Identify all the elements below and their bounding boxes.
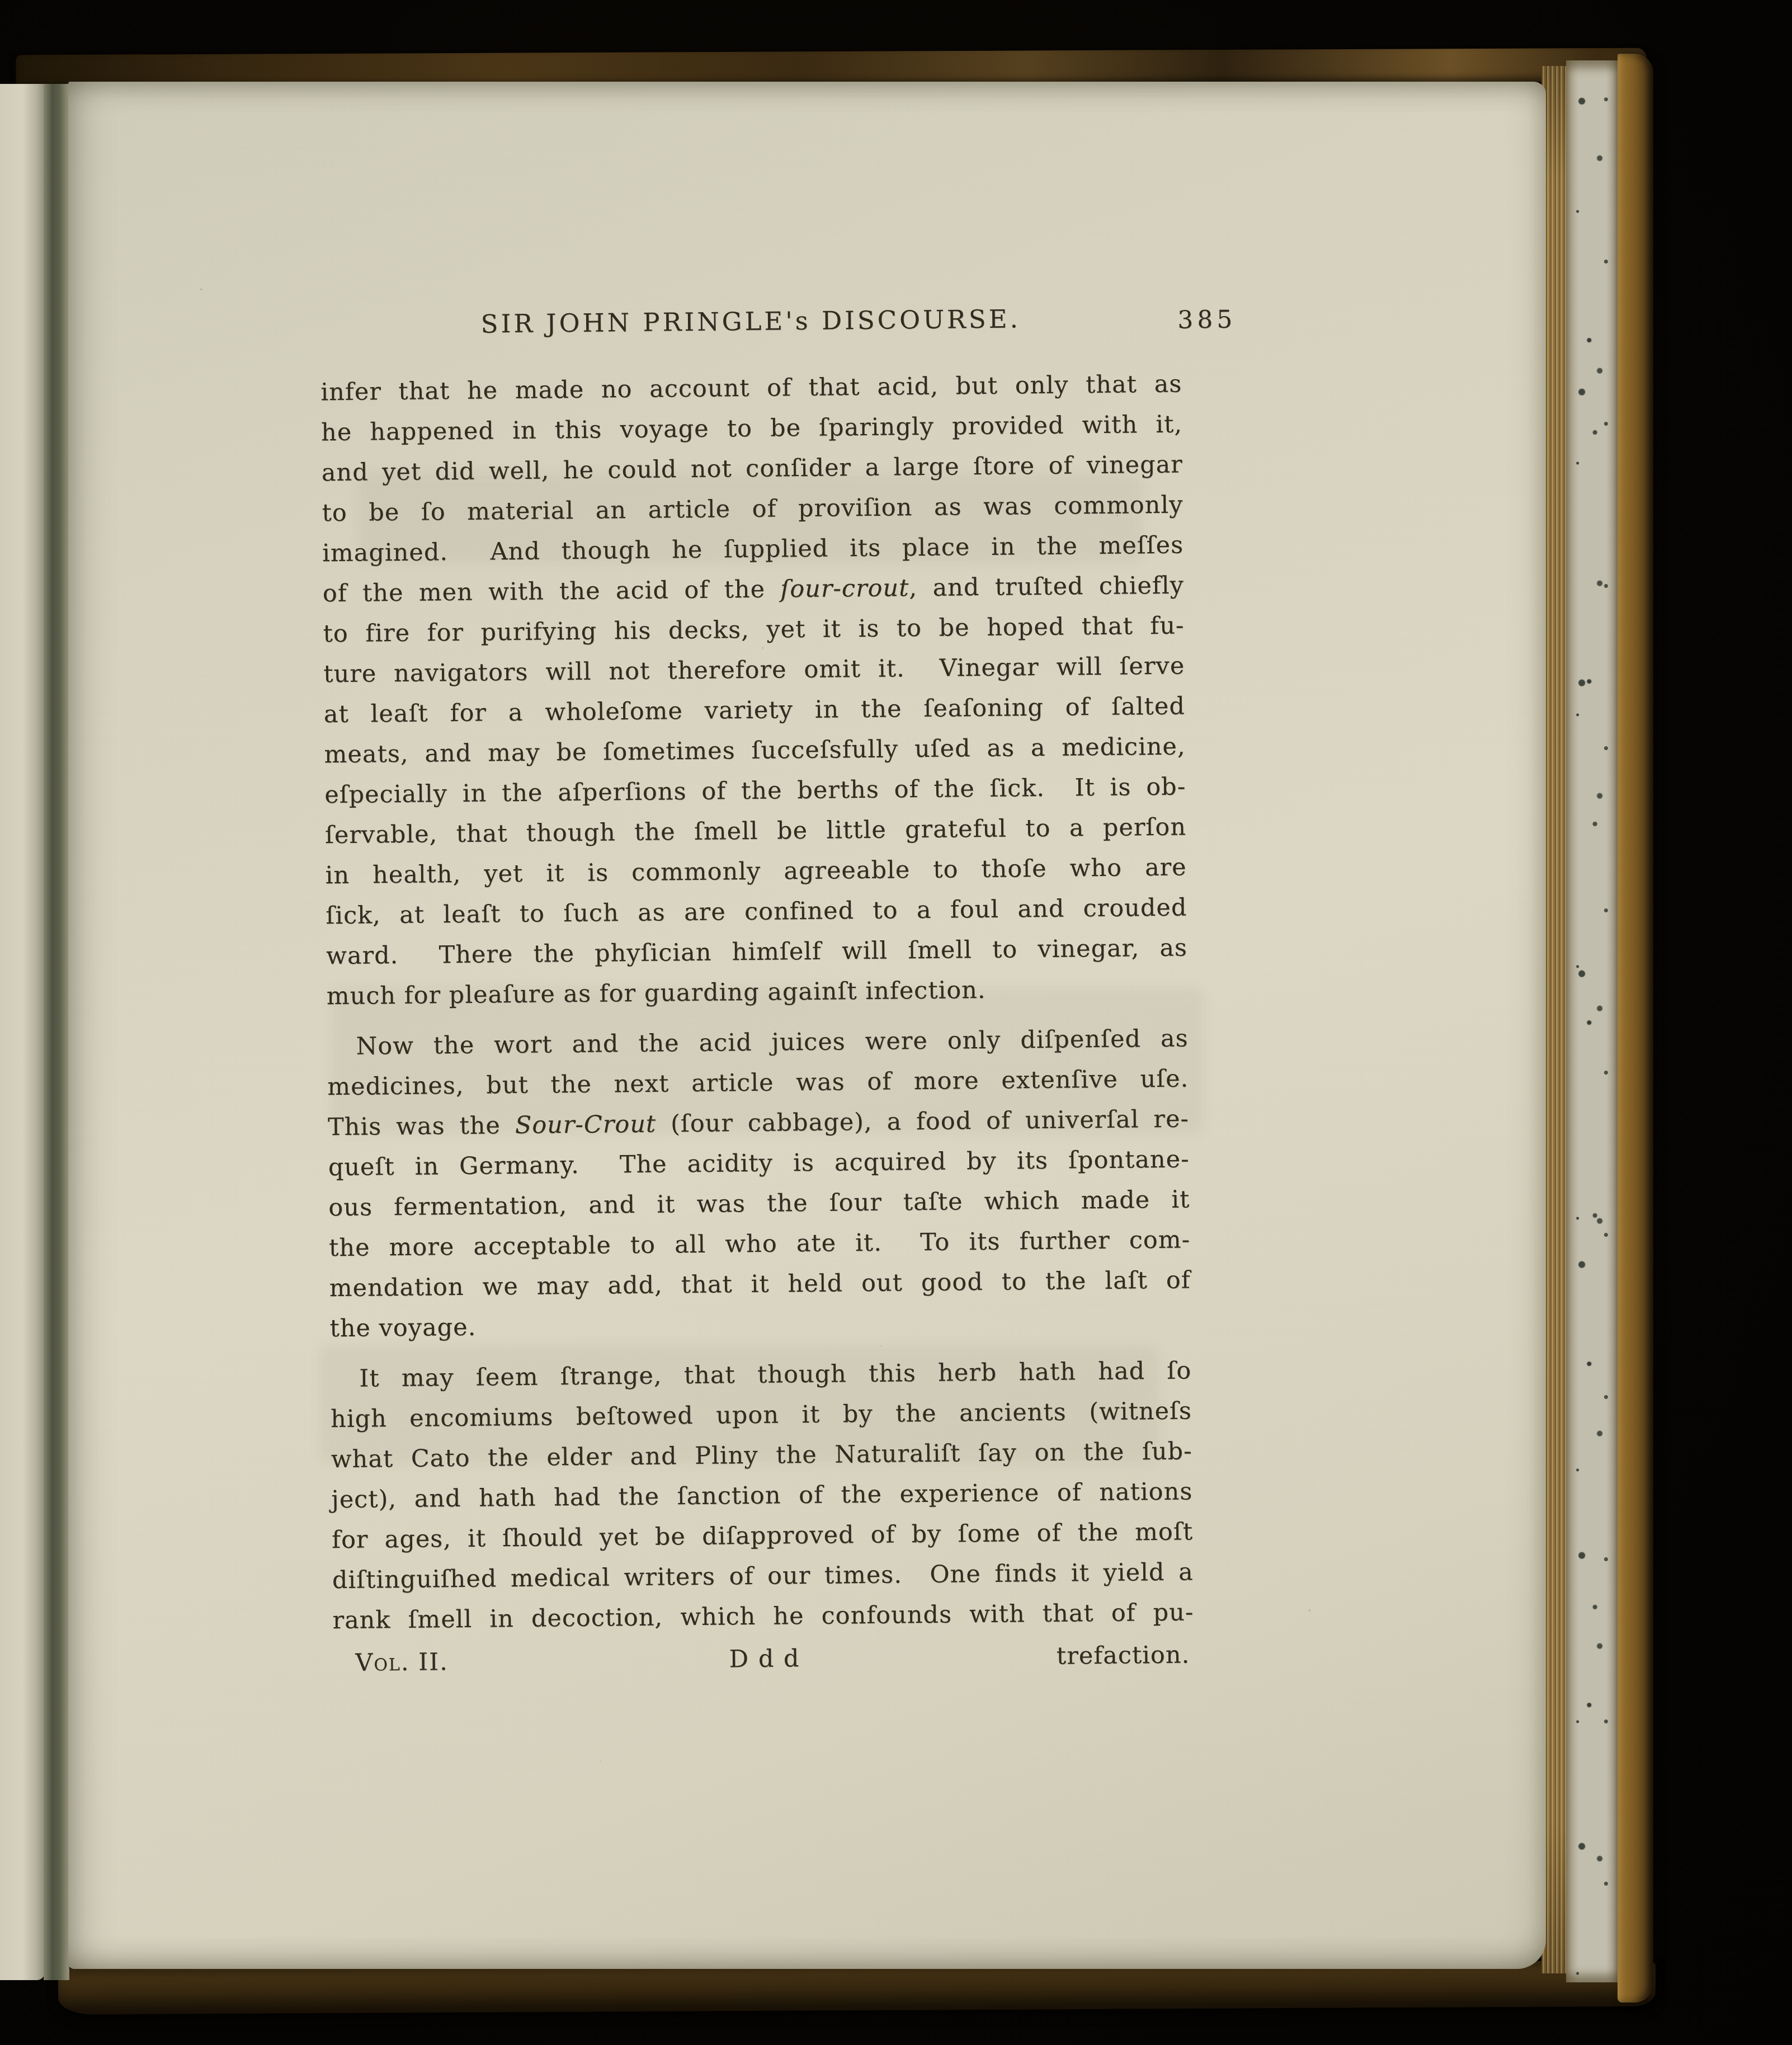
leather-cover-edge: [1617, 54, 1653, 2002]
paragraph: It may ſeem ſtrange, that though this he…: [330, 1351, 1194, 1641]
italic-term: Sour-Crout: [515, 1110, 657, 1139]
page-footer: Vol. II. D d d trefaction.: [333, 1634, 1195, 1683]
catchword: trefaction.: [1057, 1635, 1190, 1676]
book-page: SIR JOHN PRINGLE's DISCOURSE. 385 infer …: [68, 82, 1546, 1969]
text-line: rank ſmell in decoction, which he confou…: [332, 1592, 1194, 1641]
book-photo: SIR JOHN PRINGLE's DISCOURSE. 385 infer …: [0, 0, 1792, 2045]
signature-mark: D d d: [729, 1638, 800, 1679]
italic-term: ſour-crout: [780, 574, 909, 603]
text-line: mendation we may add, that it held out g…: [329, 1260, 1191, 1309]
running-header: SIR JOHN PRINGLE's DISCOURSE.: [320, 303, 1181, 341]
page-gutter-shadow: [44, 84, 69, 1980]
volume-label: Vol. II.: [355, 1642, 449, 1683]
paragraph: infer that he made no account of that ac…: [320, 364, 1188, 1017]
text-line: much for pleaſure as for guarding againſ…: [326, 968, 1188, 1017]
page-body: infer that he made no account of that ac…: [320, 364, 1194, 1641]
speckled-endpaper-edge: [1566, 60, 1619, 1982]
text-line: the voyage.: [329, 1300, 1191, 1349]
page-text-block: SIR JOHN PRINGLE's DISCOURSE. 385 infer …: [320, 303, 1195, 1721]
page-header: SIR JOHN PRINGLE's DISCOURSE. 385: [320, 303, 1182, 347]
text-line: ward. There the phyſician himſelf will ſ…: [326, 928, 1188, 977]
page-number: 385: [1177, 305, 1236, 334]
paragraph: Now the wort and the acid juices were on…: [327, 1019, 1191, 1349]
facing-page-edge: [0, 84, 45, 1980]
